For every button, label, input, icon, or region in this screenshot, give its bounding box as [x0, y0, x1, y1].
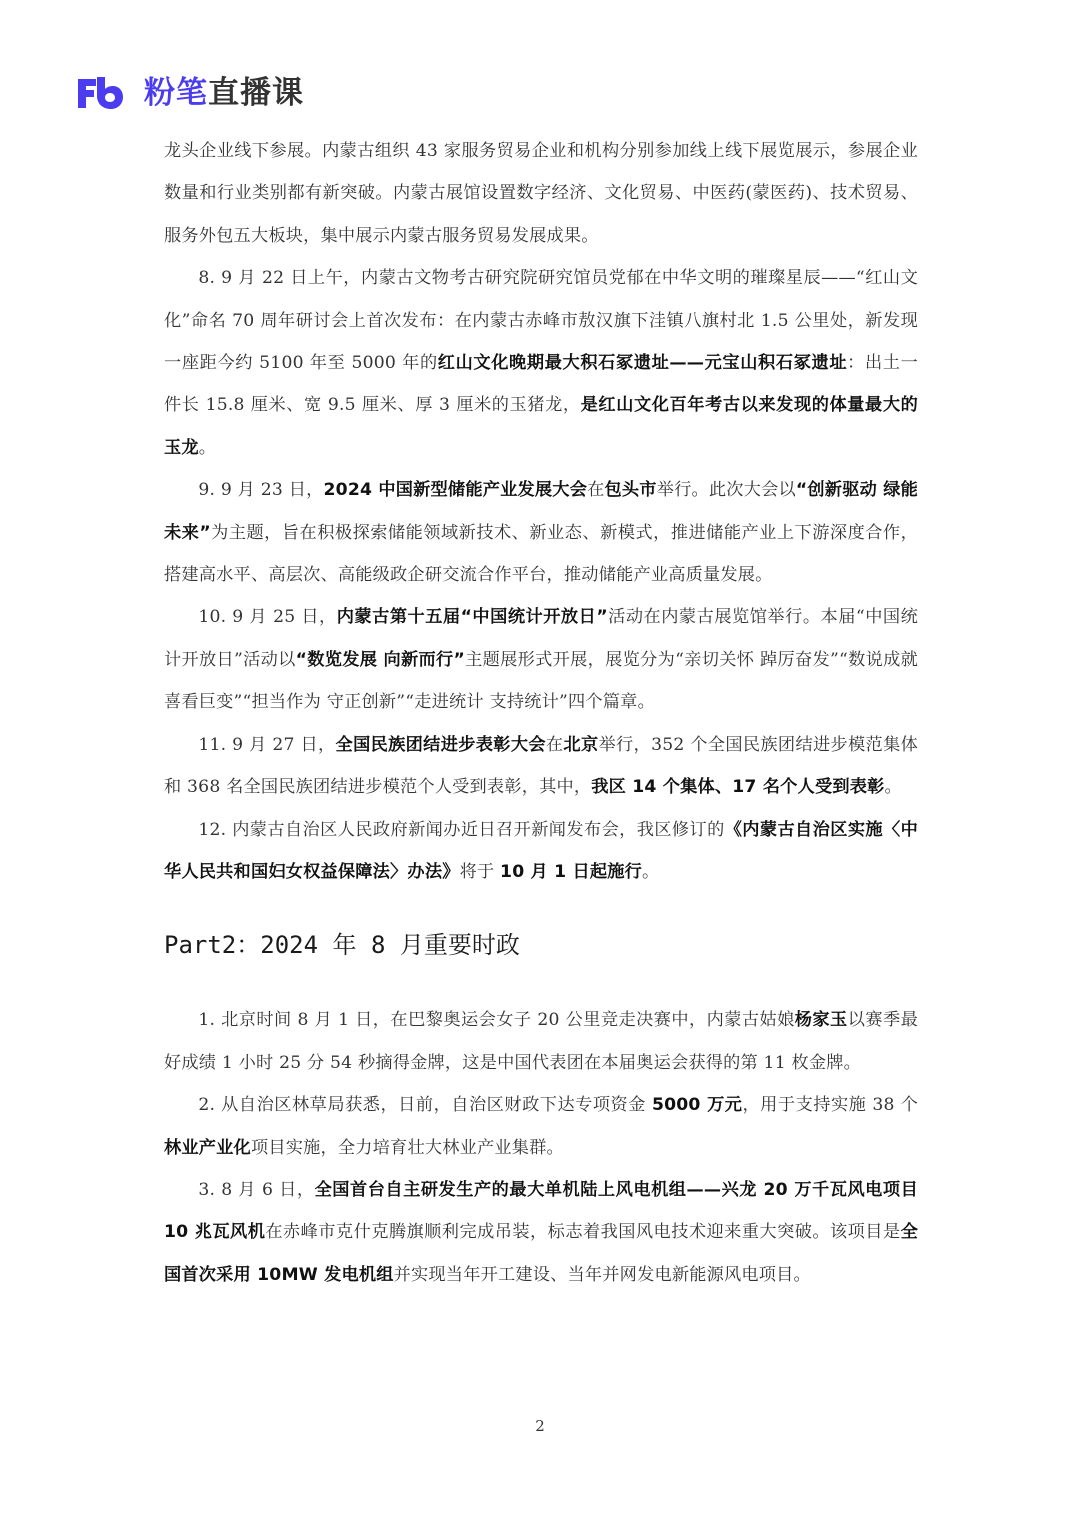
text-segment-bold: 5000 万元 [652, 1095, 743, 1115]
text-segment: 内蒙古自治区人民政府新闻办近日召开新闻发布会，我区修订的 [226, 820, 724, 840]
text-segment: 9 月 27 日， [226, 735, 335, 755]
text-segment: 9 月 25 日， [226, 607, 336, 627]
paragraph-item-10: 10. 9 月 25 日，内蒙古第十五届“中国统计开放日”活动在内蒙古展览馆举行… [164, 596, 918, 723]
text-segment-bold: 2024 中国新型储能产业发展大会 [324, 480, 588, 500]
text-segment: 。 [885, 777, 902, 797]
text-segment-bold: 全国民族团结进步表彰大会 [336, 735, 546, 755]
text-segment-bold: 林业产业化 [164, 1138, 251, 1158]
paragraph-item-11: 11. 9 月 27 日，全国民族团结进步表彰大会在北京举行，352 个全国民族… [164, 724, 918, 809]
text-segment: 在 [587, 480, 604, 500]
item-number: 1. [198, 1010, 215, 1030]
brand-name: 粉笔 [144, 74, 208, 112]
item-number: 9. [198, 480, 215, 500]
document-body: 龙头企业线下参展。内蒙古组织 43 家服务贸易企业和机构分别参加线上线下展览展示… [164, 130, 918, 1296]
text-segment: 龙头企业线下参展。内蒙古组织 43 家服务贸易企业和机构分别参加线上线下展览展示… [164, 141, 918, 246]
fenbi-logo-icon [76, 75, 124, 111]
item-number: 8. [198, 268, 215, 288]
text-segment-bold: 杨家玉 [795, 1010, 848, 1030]
text-segment-bold: 我区 14 个集体、17 名个人受到表彰 [591, 777, 884, 797]
text-segment: 。 [199, 438, 216, 458]
page-number: 2 [0, 1417, 1080, 1435]
paragraph-item-12: 12. 内蒙古自治区人民政府新闻办近日召开新闻发布会，我区修订的《内蒙古自治区实… [164, 809, 918, 894]
brand-logo: 粉笔 直播课 [76, 74, 304, 112]
text-segment: 8 月 6 日， [215, 1180, 314, 1200]
text-segment: 将于 [460, 862, 500, 882]
text-segment: 在赤峰市克什克腾旗顺利完成吊装，标志着我国风电技术迎来重大突破。该项目是 [265, 1222, 900, 1242]
text-segment: 。 [642, 862, 659, 882]
text-segment: 在 [546, 735, 564, 755]
item-number: 10. [198, 607, 226, 627]
text-segment-bold: 包头市 [605, 480, 657, 500]
paragraph-item-8: 8. 9 月 22 日上午，内蒙古文物考古研究院研究馆员党郁在中华文明的璀璨星辰… [164, 257, 918, 469]
paragraph-part1-continuation: 龙头企业线下参展。内蒙古组织 43 家服务贸易企业和机构分别参加线上线下展览展示… [164, 130, 918, 257]
paragraph-item-9: 9. 9 月 23 日，2024 中国新型储能产业发展大会在包头市举行。此次大会… [164, 469, 918, 596]
paragraph-part2-item-2: 2. 从自治区林草局获悉，日前，自治区财政下达专项资金 5000 万元，用于支持… [164, 1084, 918, 1169]
item-number: 2. [198, 1095, 215, 1115]
paragraph-part2-item-1: 1. 北京时间 8 月 1 日，在巴黎奥运会女子 20 公里竞走决赛中，内蒙古姑… [164, 999, 918, 1084]
text-segment: 9 月 23 日， [215, 480, 323, 500]
product-name: 直播课 [208, 74, 304, 112]
text-segment-bold: 北京 [563, 735, 598, 755]
text-segment: 举行。此次大会以 [657, 480, 796, 500]
text-segment-bold: 10 月 1 日起施行 [500, 862, 642, 882]
text-segment: 项目实施，全力培育壮大林业产业集群。 [251, 1138, 564, 1158]
text-segment-bold: 内蒙古第十五届“中国统计开放日” [337, 607, 608, 627]
text-segment-bold: “数览发展 向新而行” [296, 650, 465, 670]
item-number: 3. [198, 1180, 215, 1200]
text-segment: 从自治区林草局获悉，日前，自治区财政下达专项资金 [215, 1095, 652, 1115]
item-number: 12. [198, 820, 226, 840]
item-number: 11. [198, 735, 226, 755]
section-heading-part2: Part2：2024 年 8 月重要时政 [164, 925, 918, 965]
text-segment: ，用于支持实施 38 个 [742, 1095, 918, 1115]
text-segment: 并实现当年开工建设、当年并网发电新能源风电项目。 [394, 1265, 811, 1285]
paragraph-part2-item-3: 3. 8 月 6 日，全国首台自主研发生产的最大单机陆上风电机组——兴龙 20 … [164, 1169, 918, 1296]
text-segment: 为主题，旨在积极探索储能领域新技术、新业态、新模式，推进储能产业上下游深度合作，… [164, 523, 918, 585]
text-segment: 北京时间 8 月 1 日，在巴黎奥运会女子 20 公里竞走决赛中，内蒙古姑娘 [215, 1010, 795, 1030]
text-segment-bold: 红山文化晚期最大积石冢遗址——元宝山积石冢遗址 [438, 353, 847, 373]
